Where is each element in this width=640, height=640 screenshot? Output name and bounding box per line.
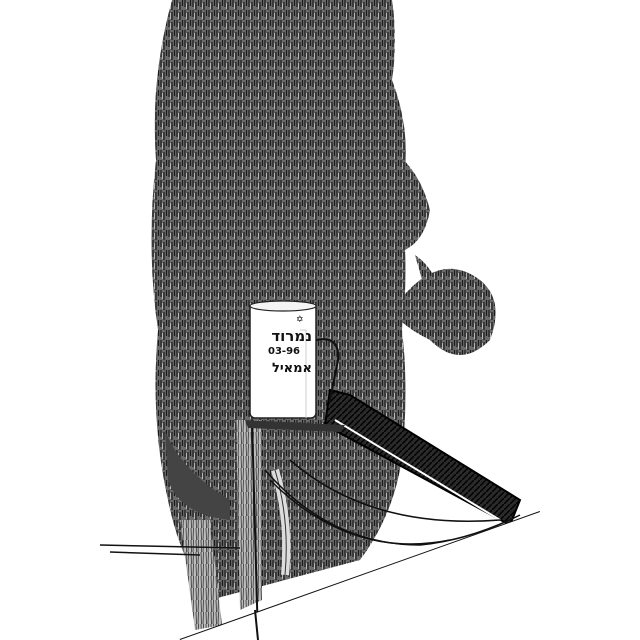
- ink-drawing: ✡ נמרוד 03-96 אמאיל: [0, 0, 640, 640]
- tank-brand: נמרוד: [271, 327, 312, 345]
- tank-phone: 03-96: [268, 346, 300, 357]
- tank-line3: אמאיל: [272, 361, 312, 376]
- cypress-tree: [151, 0, 495, 600]
- tank-star: ✡: [296, 315, 304, 325]
